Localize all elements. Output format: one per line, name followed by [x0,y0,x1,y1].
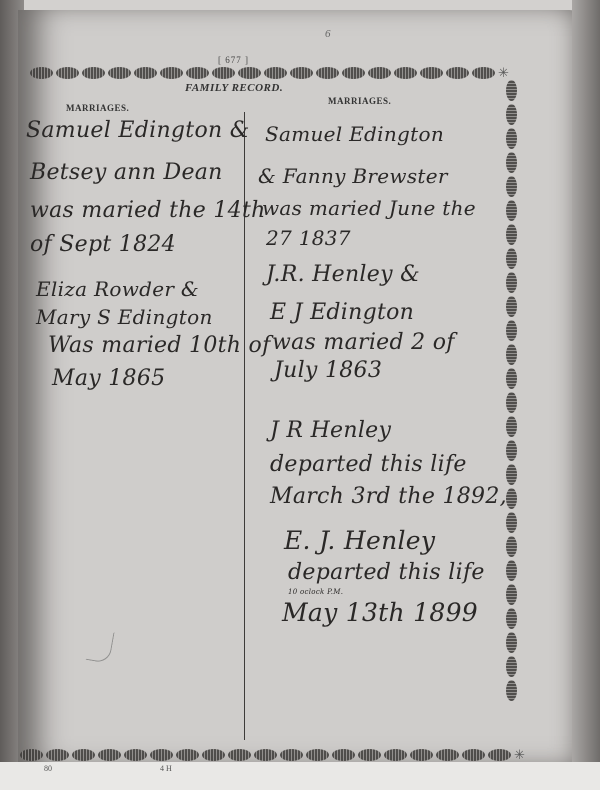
handwritten-line: & Fanny Brewster [258,164,448,188]
footer-signature-mark: 80 [44,764,52,773]
handwritten-line: J.R. Henley & [266,262,420,287]
handwritten-line: Samuel Edington & [26,118,250,143]
left-column-heading: MARRIAGES. [66,103,129,113]
handwritten-line: March 3rd the 1892, [270,484,507,509]
corner-star-icon: ✳ [498,67,509,79]
handwritten-line: July 1863 [274,358,382,383]
handwritten-line: 27 1837 [266,226,351,250]
handwritten-line: departed this life [288,560,485,585]
handwritten-line: May 13th 1899 [282,598,478,627]
handwritten-line: E J Edington [270,300,414,325]
handwritten-line: Mary S Edington [36,305,213,329]
pencil-page-number: 6 [325,28,331,40]
handwritten-line: May 1865 [52,366,165,391]
handwritten-line: departed this life [270,452,467,477]
corner-star-icon: ✳ [514,749,525,761]
handwritten-line: Was maried 10th of [48,333,271,358]
right-ornament-border [506,80,517,701]
page-title: FAMILY RECORD. [185,82,283,94]
right-column-heading: MARRIAGES. [328,96,391,106]
footer-signature-mark: 4 H [160,764,172,773]
handwritten-line: was maried 2 of [272,330,455,355]
top-ornament-border: ✳ [30,67,509,79]
handwritten-line: 10 oclock P.M. [288,588,343,596]
printed-page-number: [ 677 ] [218,55,249,65]
handwritten-line: was maried the 14th [30,198,266,223]
handwritten-line: Betsey ann Dean [30,160,223,185]
bottom-ornament-border: ✳ [20,749,525,761]
handwritten-line: Eliza Rowder & [36,277,199,301]
handwritten-line: of Sept 1824 [30,232,176,257]
handwritten-line: was maried June the [262,196,476,220]
handwritten-line: E. J. Henley [284,526,435,555]
handwritten-line: J R Henley [270,418,391,443]
page-edge [572,0,600,762]
handwritten-line: Samuel Edington [265,122,444,146]
